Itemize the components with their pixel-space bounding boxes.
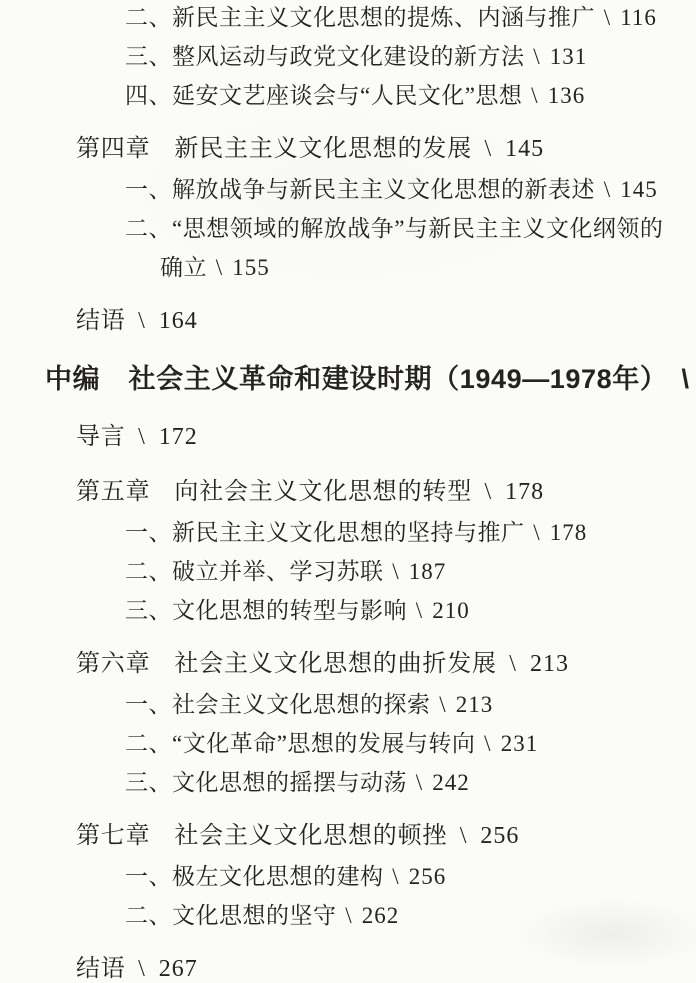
separator-backslash: \ <box>484 731 491 756</box>
entry-title: 二、“思想领域的解放战争”与新民主主义文化纲领的 <box>125 216 663 241</box>
toc-entry: 三、文化思想的转型与影响\210 <box>125 598 696 623</box>
toc-entry: 第五章向社会主义文化思想的转型\178 <box>76 478 696 506</box>
separator-backslash: \ <box>531 83 538 108</box>
toc-entry: 二、文化思想的坚守\262 <box>125 903 696 928</box>
page-ref: \213 <box>439 692 493 717</box>
page-number: 131 <box>550 44 588 69</box>
entry-label: 第六章 <box>76 651 150 677</box>
entry-title: 三、文化思想的转型与影响 <box>125 598 407 623</box>
entry-label: 第七章 <box>76 823 150 849</box>
entry-title: 结语 <box>76 956 126 982</box>
toc-entry: 二、“文化革命”思想的发展与转向\231 <box>125 731 696 756</box>
page-number: 136 <box>548 83 586 108</box>
entry-label: 第五章 <box>76 479 150 505</box>
page-number: 187 <box>409 559 447 584</box>
entry-title: 一、社会主义文化思想的探索 <box>125 692 431 717</box>
separator-backslash: \ <box>345 903 352 928</box>
entry-title: 三、文化思想的摇摆与动荡 <box>125 770 407 795</box>
separator-backslash: \ <box>138 308 145 334</box>
table-of-contents: 二、新民主主义文化思想的提炼、内涵与推广\116三、整风运动与政党文化建设的新方… <box>0 5 696 983</box>
separator-backslash: \ <box>216 255 223 280</box>
page-number: 164 <box>159 308 198 334</box>
toc-entry: 三、整风运动与政党文化建设的新方法\131 <box>125 44 696 69</box>
separator-backslash: \ <box>392 559 399 584</box>
separator-backslash: \ <box>484 479 491 505</box>
page-number: 242 <box>432 770 470 795</box>
page-ref: \256 <box>392 864 446 889</box>
page-number: 262 <box>362 903 400 928</box>
separator-backslash: \ <box>682 364 690 394</box>
toc-entry: 结语\267 <box>76 955 696 983</box>
page-number: 155 <box>232 255 270 280</box>
page-ref: \145 <box>604 177 658 202</box>
toc-entry: 二、“思想领域的解放战争”与新民主主义文化纲领的 <box>125 216 696 241</box>
page-ref: \242 <box>416 770 470 795</box>
page-number: 213 <box>456 692 494 717</box>
separator-backslash: \ <box>416 770 423 795</box>
entry-title: 社会主义文化思想的顿挫 <box>174 823 447 849</box>
scanned-toc-page: 二、新民主主义文化思想的提炼、内涵与推广\116三、整风运动与政党文化建设的新方… <box>0 0 696 983</box>
page-number: 172 <box>159 424 198 450</box>
entry-title: 二、“文化革命”思想的发展与转向 <box>125 731 475 756</box>
separator-backslash: \ <box>138 956 145 982</box>
toc-entry: 二、新民主主义文化思想的提炼、内涵与推广\116 <box>125 5 696 30</box>
entry-title: 结语 <box>76 308 126 334</box>
page-ref: \262 <box>345 903 399 928</box>
page-ref: \210 <box>416 598 470 623</box>
separator-backslash: \ <box>533 520 540 545</box>
toc-entry: 确立\155 <box>160 255 696 280</box>
page-number: 267 <box>159 956 198 982</box>
entry-title: 一、极左文化思想的建构 <box>125 864 384 889</box>
entry-title: 社会主义革命和建设时期（1949—1978年） <box>129 364 668 394</box>
toc-entry: 四、延安文艺座谈会与“人民文化”思想\136 <box>125 83 696 108</box>
page-ref: \187 <box>392 559 446 584</box>
page-number: 210 <box>432 598 470 623</box>
page-ref: \231 <box>484 731 538 756</box>
page-number: 145 <box>505 136 544 162</box>
entry-title: 社会主义文化思想的曲折发展 <box>174 651 496 677</box>
separator-backslash: \ <box>604 177 611 202</box>
toc-entry: 第四章新民主主义文化思想的发展\145 <box>76 135 696 163</box>
separator-backslash: \ <box>604 5 611 30</box>
separator-backslash: \ <box>416 598 423 623</box>
toc-entry: 一、极左文化思想的建构\256 <box>125 864 696 889</box>
separator-backslash: \ <box>439 692 446 717</box>
page-ref: \116 <box>604 5 657 30</box>
toc-entry: 中编社会主义革命和建设时期（1949—1978年）\171 <box>45 362 696 396</box>
entry-title: 确立 <box>160 255 207 280</box>
separator-backslash: \ <box>533 44 540 69</box>
separator-backslash: \ <box>138 424 145 450</box>
page-number: 178 <box>550 520 588 545</box>
page-number: 231 <box>501 731 539 756</box>
page-ref: \145 <box>484 136 544 162</box>
page-number: 145 <box>620 177 658 202</box>
page-number: 116 <box>620 5 657 30</box>
toc-entry: 导言\172 <box>76 423 696 451</box>
toc-entry: 第六章社会主义文化思想的曲折发展\213 <box>76 650 696 678</box>
page-number: 256 <box>409 864 447 889</box>
toc-entry: 结语\164 <box>76 307 696 335</box>
separator-backslash: \ <box>460 823 467 849</box>
toc-entry: 一、新民主主义文化思想的坚持与推广\178 <box>125 520 696 545</box>
entry-title: 向社会主义文化思想的转型 <box>174 479 472 505</box>
separator-backslash: \ <box>392 864 399 889</box>
toc-entry: 第七章社会主义文化思想的顿挫\256 <box>76 822 696 850</box>
page-ref: \178 <box>484 479 544 505</box>
page-ref: \171 <box>682 364 696 394</box>
separator-backslash: \ <box>509 651 516 677</box>
page-number: 213 <box>530 651 569 677</box>
page-ref: \213 <box>509 651 569 677</box>
separator-backslash: \ <box>484 136 491 162</box>
page-number: 256 <box>480 823 519 849</box>
entry-title: 一、解放战争与新民主主义文化思想的新表述 <box>125 177 595 202</box>
toc-entry: 三、文化思想的摇摆与动荡\242 <box>125 770 696 795</box>
page-ref: \178 <box>533 520 587 545</box>
toc-entry: 一、社会主义文化思想的探索\213 <box>125 692 696 717</box>
page-ref: \155 <box>216 255 270 280</box>
page-ref: \267 <box>138 956 198 982</box>
entry-title: 一、新民主主义文化思想的坚持与推广 <box>125 520 525 545</box>
toc-entry: 一、解放战争与新民主主义文化思想的新表述\145 <box>125 177 696 202</box>
entry-title: 三、整风运动与政党文化建设的新方法 <box>125 44 525 69</box>
entry-title: 新民主主义文化思想的发展 <box>174 136 472 162</box>
entry-label: 中编 <box>45 364 100 394</box>
page-ref: \256 <box>460 823 520 849</box>
entry-title: 二、破立并举、学习苏联 <box>125 559 384 584</box>
entry-title: 四、延安文艺座谈会与“人民文化”思想 <box>125 83 522 108</box>
entry-label: 第四章 <box>76 136 150 162</box>
entry-title: 二、文化思想的坚守 <box>125 903 337 928</box>
page-ref: \131 <box>533 44 587 69</box>
page-number: 178 <box>505 479 544 505</box>
page-ref: \172 <box>138 424 198 450</box>
entry-title: 二、新民主主义文化思想的提炼、内涵与推广 <box>125 5 595 30</box>
entry-title: 导言 <box>76 424 126 450</box>
page-ref: \164 <box>138 308 198 334</box>
toc-entry: 二、破立并举、学习苏联\187 <box>125 559 696 584</box>
page-ref: \136 <box>531 83 585 108</box>
